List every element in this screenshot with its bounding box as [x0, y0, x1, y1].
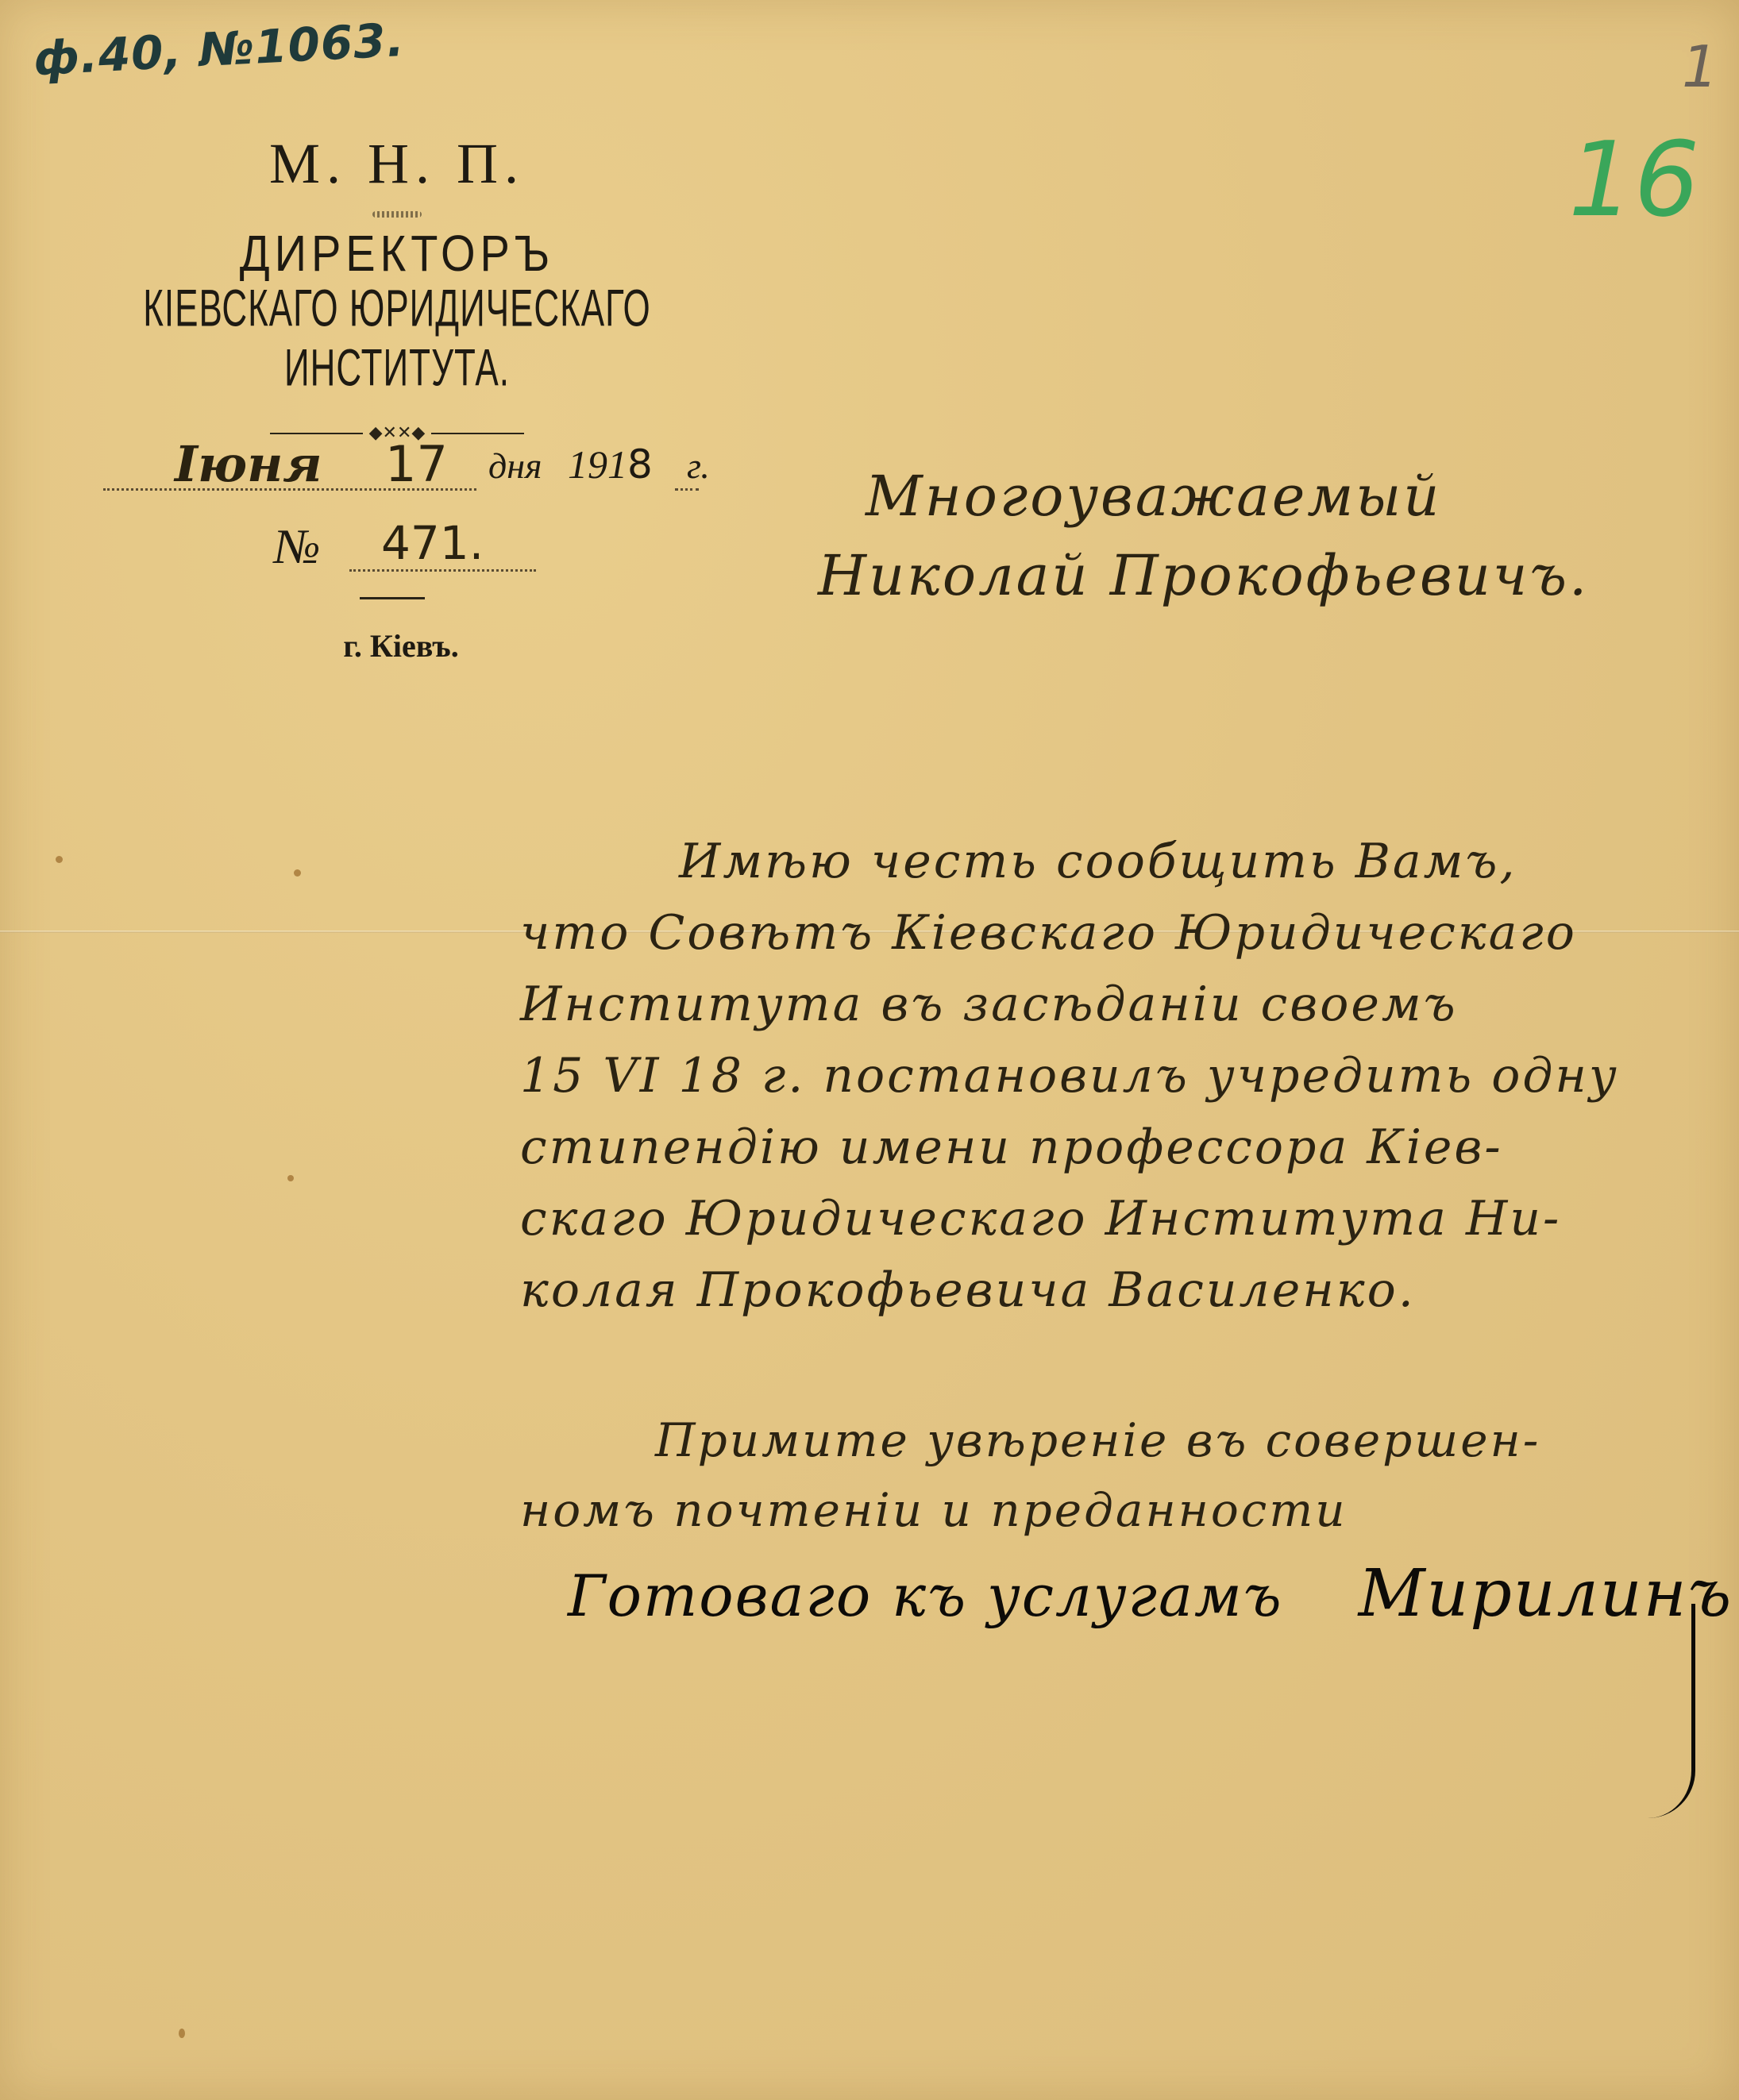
letterhead: М. Н. П. ДИРЕКТОРЪ КІЕВСКАГО ЮРИДИЧЕСКАГ…	[87, 131, 707, 443]
divider-line	[270, 433, 363, 434]
salutation-line-2: Николай Прокофьевичъ.	[818, 536, 1589, 615]
closing: Примите увѣреніе въ совершен- номъ почте…	[520, 1405, 1719, 1545]
number-sign: №	[274, 519, 320, 576]
date-day-handwritten: 17	[385, 435, 448, 493]
date-month-handwritten: Іюня	[175, 435, 322, 493]
date-day-word: дня	[488, 445, 542, 487]
archive-reference-note: ф.40, №1063.	[33, 13, 407, 86]
institution-name: КІЕВСКАГО ЮРИДИЧЕСКАГО ИНСТИТУТА.	[87, 279, 707, 399]
paper-stain	[294, 869, 301, 877]
body-line: колая Прокофьевича Василенко.	[520, 1254, 1719, 1326]
ministry-abbreviation: М. Н. П.	[87, 131, 707, 197]
body-line: Имѣю честь сообщить Вамъ,	[520, 826, 1719, 897]
sheet-number-green: 16	[1568, 119, 1699, 240]
signature-phrase: Готоваго къ услугамъ	[568, 1562, 1283, 1629]
divider-line	[431, 433, 524, 434]
year-printed: 191	[568, 442, 627, 487]
small-divider	[360, 597, 425, 599]
closing-line: номъ почтеніи и преданности	[520, 1475, 1719, 1545]
year-digit-handwritten: 8	[627, 441, 653, 487]
date-year-suffix: г.	[687, 445, 710, 487]
dotted-fill-line	[675, 488, 699, 491]
paper-stain	[287, 1175, 294, 1181]
body-line: Института въ засѣданіи своемъ	[520, 969, 1719, 1040]
document-number-line: № 471.	[274, 516, 536, 580]
salutation: Многоуважаемый Николай Прокофьевичъ.	[866, 457, 1589, 615]
paper-stain	[56, 856, 63, 863]
closing-line: Примите увѣреніе въ совершен-	[520, 1405, 1719, 1475]
body-line: 15 VI 18 г. постановилъ учредить одну	[520, 1040, 1719, 1112]
date-line: Іюня 17 дня 1918 г.	[103, 435, 707, 499]
city-name: г. Кіевъ.	[314, 627, 488, 665]
body-line: стипендію имени профессора Кіев-	[520, 1112, 1719, 1183]
wavy-divider-icon	[372, 211, 422, 218]
signature-flourish	[1620, 1604, 1695, 1818]
body-line: что Совѣтъ Кіевскаго Юридическаго	[520, 897, 1719, 969]
letterhead-title: ДИРЕКТОРЪ	[87, 223, 707, 283]
letter-body: Имѣю честь сообщить Вамъ, что Совѣтъ Кіе…	[520, 826, 1719, 1326]
paper-stain	[179, 2029, 185, 2038]
body-line: скаго Юридическаго Института Ни-	[520, 1183, 1719, 1254]
date-year: 1918	[568, 441, 653, 487]
document-number-handwritten: 471.	[381, 516, 484, 570]
signature: Готоваго къ услугамъ Мирилинъ	[568, 1556, 1733, 1632]
salutation-line-1: Многоуважаемый	[866, 457, 1589, 536]
page-number-pencil: 1	[1682, 33, 1718, 100]
